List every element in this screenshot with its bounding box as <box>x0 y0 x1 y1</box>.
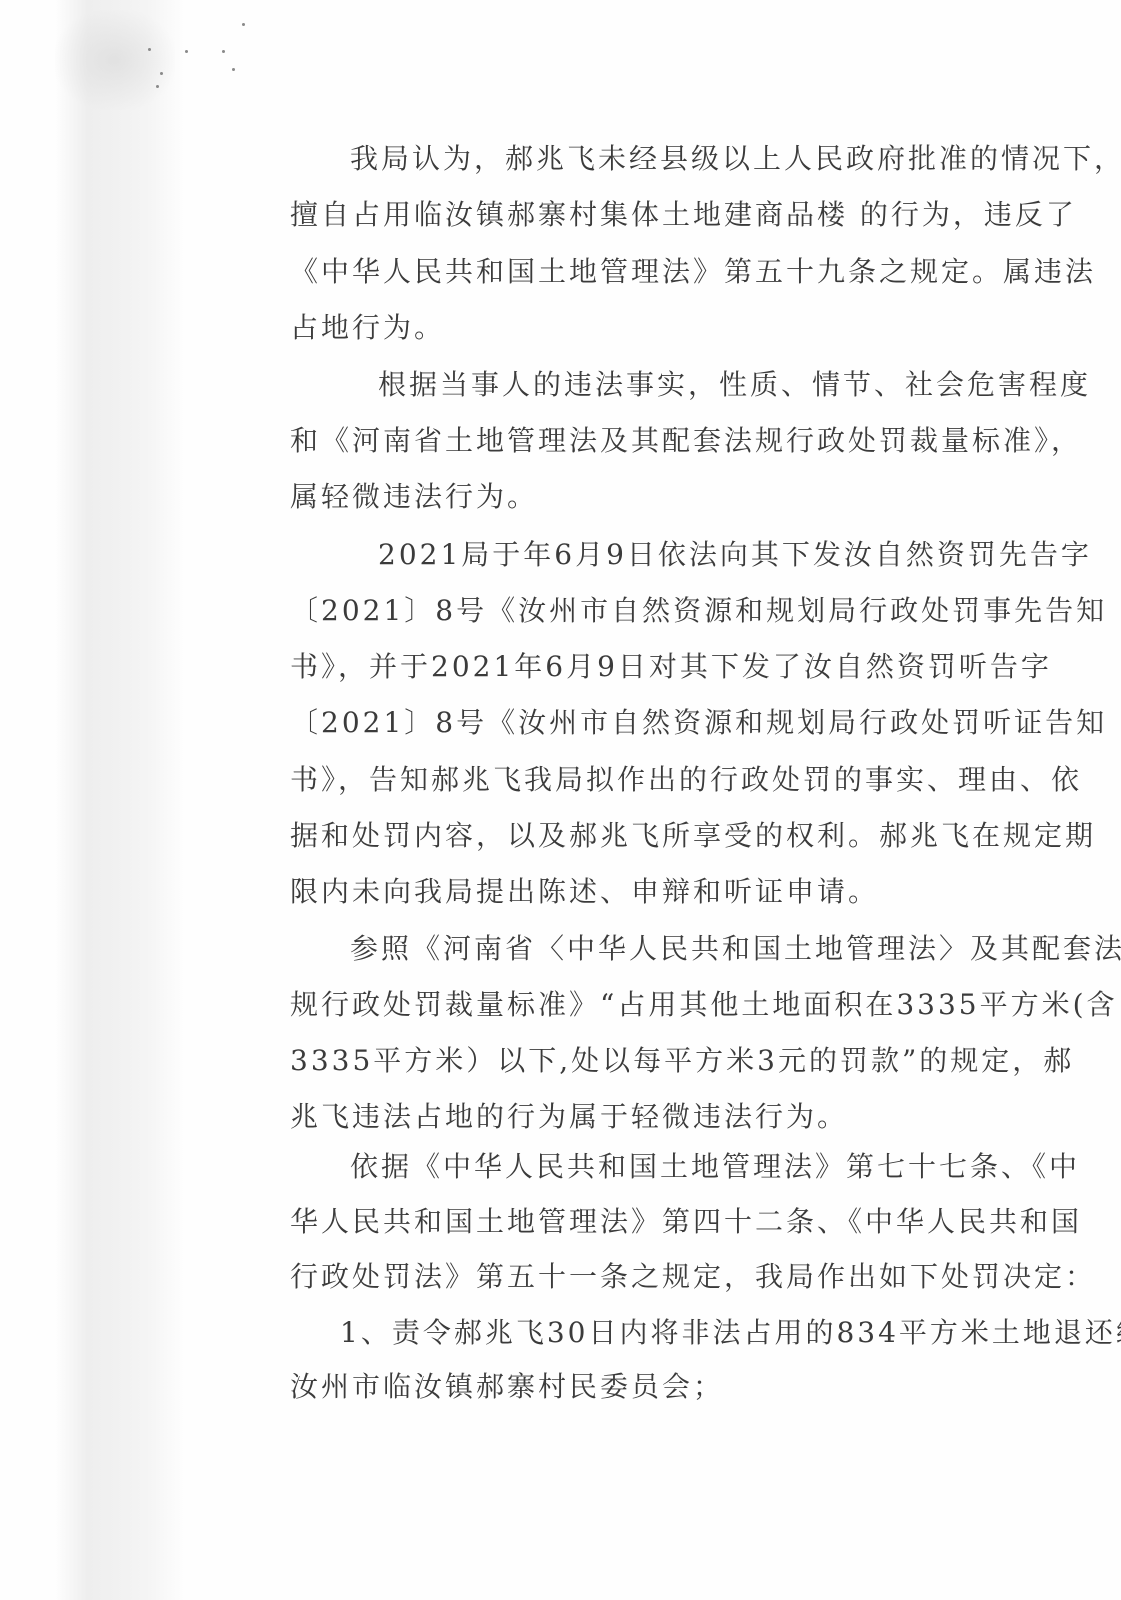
text-line: 我局认为，郝兆飞未经县级以上人民政府批准的情况下， <box>350 141 1121 177</box>
text-line: 和《河南省土地管理法及其配套法规行政处罚裁量标准》， <box>290 423 1082 459</box>
text-line: 行政处罚法》第五十一条之规定，我局作出如下处罚决定： <box>290 1259 1096 1295</box>
text-line: 参照《河南省〈中华人民共和国土地管理法〉及其配套法 <box>350 931 1121 967</box>
scanned-page: 我局认为，郝兆飞未经县级以上人民政府批准的情况下， 擅自占用临汝镇郝寨村集体土地… <box>0 0 1121 1600</box>
scan-smudge <box>55 10 175 110</box>
text-line: 书》，告知郝兆飞我局拟作出的行政处罚的事实、理由、依 <box>290 762 1082 798</box>
text-line: 书》，并于2021年6月9日对其下发了汝自然资罚听告字 <box>290 649 1052 685</box>
scan-shadow-band <box>55 0 185 1600</box>
scan-speck <box>185 50 188 53</box>
text-line: 依据《中华人民共和国土地管理法》第七十七条、《中 <box>350 1149 1080 1185</box>
text-line: 限内未向我局提出陈述、申辩和听证申请。 <box>290 874 879 910</box>
text-line: 兆飞违法占地的行为属于轻微违法行为。 <box>290 1099 848 1135</box>
scan-speck <box>160 72 163 75</box>
scan-speck <box>232 68 235 71</box>
scan-speck <box>156 85 159 88</box>
text-line: 1、责令郝兆飞30日内将非法占用的834平方米土地退还给 <box>340 1315 1121 1351</box>
scan-speck <box>242 23 245 26</box>
text-line: 据和处罚内容，以及郝兆飞所享受的权利。郝兆飞在规定期 <box>290 818 1096 854</box>
text-line: 规行政处罚裁量标准》“占用其他土地面积在3335平方米(含 <box>290 987 1118 1023</box>
text-line: 汝州市临汝镇郝寨村民委员会； <box>290 1369 724 1405</box>
text-line: 华人民共和国土地管理法》第四十二条、《中华人民共和国 <box>290 1204 1082 1240</box>
text-line: 3335平方米）以下,处以每平方米3元的罚款”的规定，郝 <box>290 1043 1074 1079</box>
text-line: 〔2021〕8号《汝州市自然资源和规划局行政处罚听证告知 <box>290 705 1107 741</box>
text-line: 占地行为。 <box>290 310 445 346</box>
text-line: 2021局于年6月9日依法向其下发汝自然资罚先告字 <box>378 537 1092 573</box>
text-line: 《中华人民共和国土地管理法》第五十九条之规定。属违法 <box>290 254 1096 290</box>
text-line: 属轻微违法行为。 <box>290 479 538 515</box>
text-line: 〔2021〕8号《汝州市自然资源和规划局行政处罚事先告知 <box>290 593 1107 629</box>
scan-speck <box>148 48 151 51</box>
text-line: 根据当事人的违法事实，性质、情节、社会危害程度 <box>378 367 1091 403</box>
text-line: 擅自占用临汝镇郝寨村集体土地建商品楼 的行为，违反了 <box>290 197 1077 233</box>
scan-speck <box>222 50 225 53</box>
